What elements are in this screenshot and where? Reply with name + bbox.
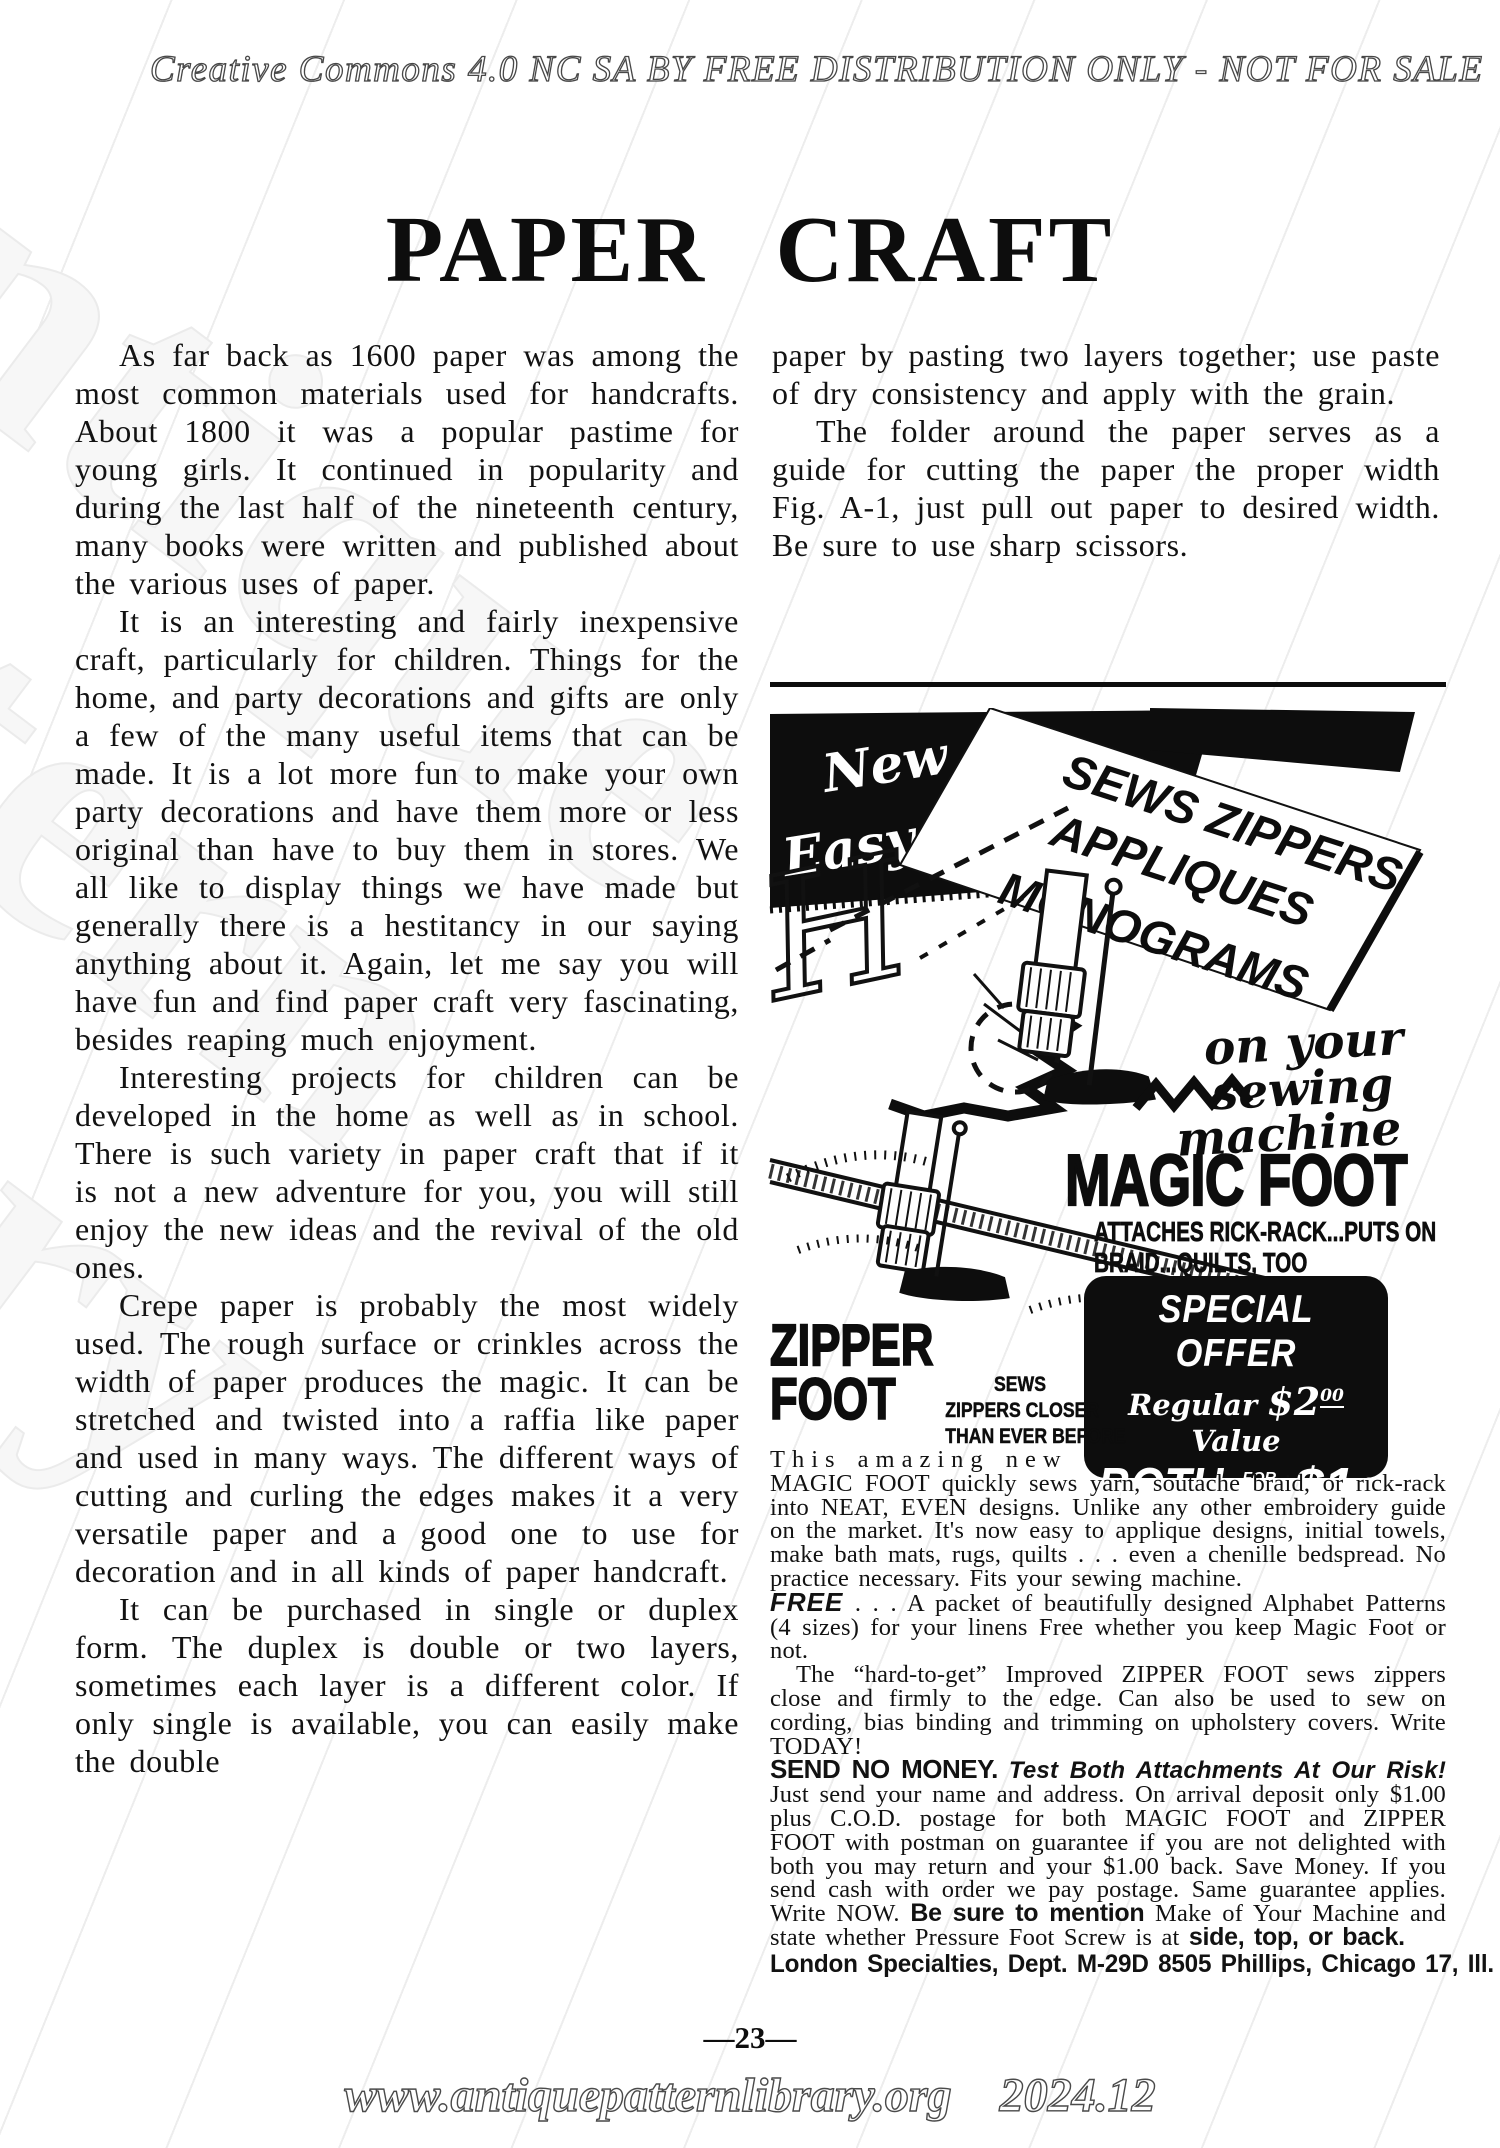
article-paragraph: Crepe paper is probably the most widely … [75, 1286, 739, 1590]
zipper-foot-title-line2: FOOT [770, 1366, 896, 1433]
magic-foot-subtitle-line: BRAID...QUILTS, TOO [1094, 1247, 1436, 1278]
article-paragraph: As far back as 1600 paper was among the … [75, 336, 739, 602]
page-title: PAPER CRAFT [0, 196, 1500, 304]
article-paragraph: paper by pasting two layers together; us… [772, 336, 1440, 412]
magic-foot-subtitle: ATTACHES RICK-RACK...PUTS ON BRAID...QUI… [1094, 1216, 1436, 1278]
ad-paragraph: MAGIC FOOT quickly sews yarn, soutache b… [770, 1472, 1446, 1591]
regular-price-line: Regular $200 Value [1084, 1379, 1388, 1458]
license-notice: Creative Commons 4.0 NC SA BY FREE DISTR… [150, 48, 1483, 91]
advertiser-address: London Specialties, Dept. M-29D 8505 Phi… [770, 1953, 1426, 1977]
article-left-column: As far back as 1600 paper was among the … [75, 336, 739, 1780]
article-paragraph: Interesting projects for children can be… [75, 1058, 739, 1286]
ad-divider-rule [770, 682, 1446, 687]
ad-intro-line: This amazing new [770, 1448, 1446, 1472]
magic-foot-title: MAGIC FOOT [1065, 1140, 1407, 1222]
footer-site-url: www.antiquepatternlibrary.org [344, 2068, 951, 2123]
article-paragraph: It is an interesting and fairly inexpens… [75, 602, 739, 1058]
ad-body-copy: This amazing new MAGIC FOOT quickly sews… [770, 1448, 1446, 1977]
page-number: —23— [0, 2020, 1500, 2056]
footer-credit: www.antiquepatternlibrary.org 2024.12 [0, 2068, 1500, 2123]
ad-paragraph-free: FREE . . . A packet of beautifully desig… [770, 1591, 1446, 1663]
magic-foot-subtitle-line: ATTACHES RICK-RACK...PUTS ON [1094, 1216, 1436, 1247]
article-right-column: paper by pasting two layers together; us… [772, 336, 1440, 564]
presser-foot-zipper [867, 1110, 1036, 1311]
magic-foot-advertisement: New Easy Way SEWS ZIPPERS APPLIQUES MONO… [768, 700, 1450, 2100]
special-offer-headline: SPECIAL OFFER [1102, 1288, 1370, 1376]
article-paragraph: The folder around the paper serves as a … [772, 412, 1440, 564]
footer-edition: 2024.12 [1000, 2068, 1156, 2123]
zipper-foot-subtitle: SEWS ZIPPERS CLOSER THAN EVER BEFORE [945, 1372, 1095, 1450]
free-lead: FREE [770, 1587, 843, 1617]
ad-paragraph: The “hard-to-get” Improved ZIPPER FOOT s… [770, 1663, 1446, 1758]
send-no-money-lead: SEND NO MONEY. [770, 1754, 998, 1784]
article-paragraph: It can be purchased in single or duplex … [75, 1590, 739, 1780]
ad-paragraph-send-no-money: SEND NO MONEY. Test Both Attachments At … [770, 1758, 1446, 1949]
